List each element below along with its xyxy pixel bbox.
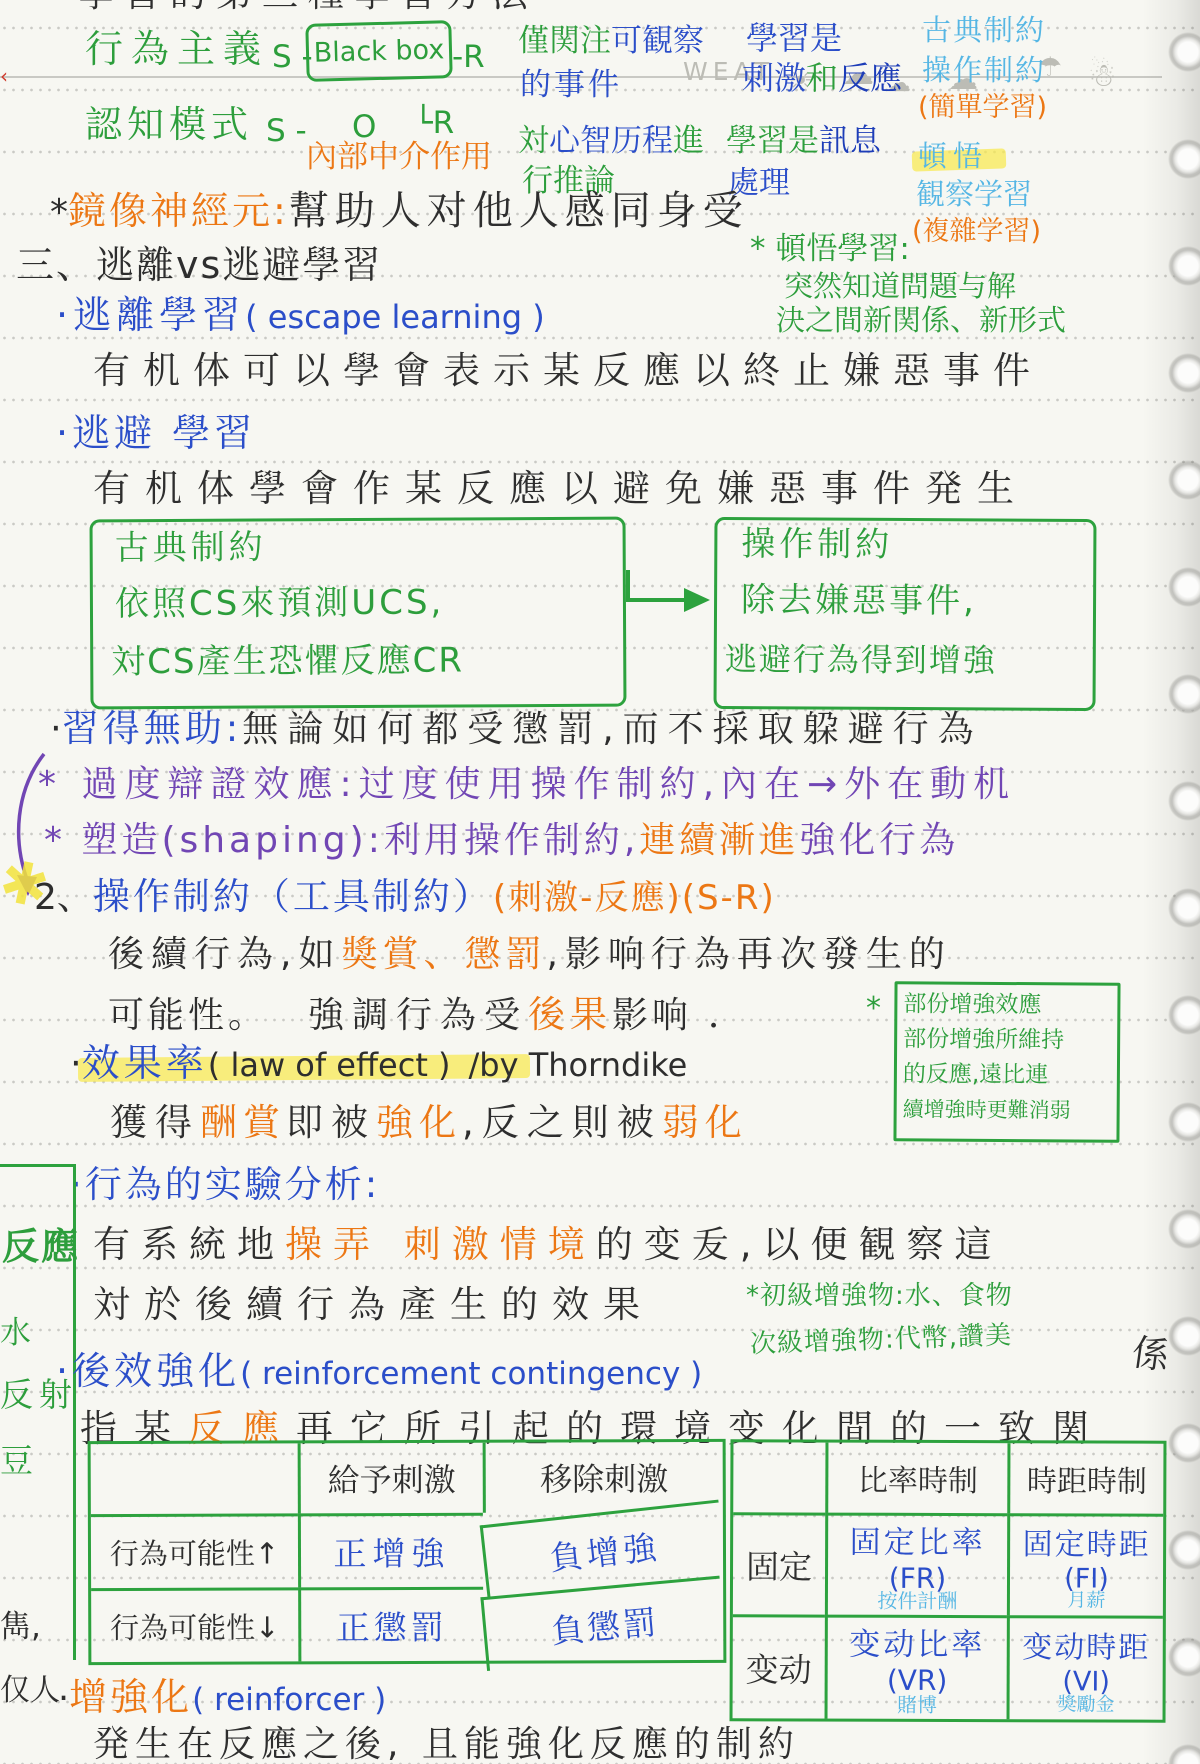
part: 獲得	[110, 1101, 200, 1144]
escape-learning-term: ·逃離學習( escape learning )	[56, 294, 545, 338]
info-processing-note: 學習是訊息	[726, 124, 881, 160]
mirror-neuron-desc: 幫助人对他人感同身受	[289, 188, 749, 234]
mirror-neuron-term: 鏡像神經元:	[68, 189, 289, 233]
insight-note-line: 突然知道問題与解	[784, 270, 1016, 303]
manipulate-term: 操弄 刺激情境	[285, 1223, 596, 1266]
black-box: Black box	[305, 20, 452, 82]
term-en: ( reinforcer )	[192, 1682, 386, 1718]
box-line: 対CS產生恐懼反應CR	[111, 642, 464, 681]
term-en: ( reinforcement contingency )	[240, 1356, 702, 1392]
shaping-line: * 塑造(shaping):利用操作制約,連續漸進強化行為	[44, 820, 959, 861]
margin-insight: 頓悟	[918, 140, 988, 173]
table-cell-empty	[733, 1442, 825, 1512]
def-consequence: 後果	[528, 993, 612, 1036]
classical-conditioning-box: 古典制約 依照CS來預測UCS, 対CS產生恐懼反應CR	[90, 517, 627, 710]
note-part: 進	[673, 123, 704, 159]
behaviorism-note: 僅関注可観察	[518, 24, 704, 60]
learning-is: 學習是	[746, 20, 842, 57]
part: 有系統地	[93, 1223, 285, 1266]
asterisk: *	[866, 992, 881, 1027]
arrow-right-icon	[618, 566, 718, 630]
note-line: 部份增強效應	[903, 987, 1111, 1023]
note-part: 可観察	[611, 23, 704, 59]
shaping-tail: 強化行為	[799, 820, 959, 861]
sr-notation: (刺激-反應)(S-R)	[493, 878, 776, 918]
schedule-name: 固定比率	[850, 1517, 986, 1562]
box-line: 古典制約	[115, 529, 267, 567]
table-cell-empty	[91, 1443, 298, 1514]
schedule-name: 变动比率	[849, 1619, 985, 1664]
note-line: 部份增強所維持	[903, 1022, 1111, 1058]
partial-reinforcement-note: 部份增強效應 部份增強所維持 的反應,遠比連 續增強時更難消弱	[893, 981, 1120, 1143]
clipped-top-line: 學習的第三種學習方法	[78, 0, 538, 15]
table-cell: 正懲罰	[298, 1587, 483, 1662]
reinforcer-definition: 発生在反應之後, 且能強化反應的制約	[93, 1724, 800, 1764]
note-part: 心智历程	[549, 123, 673, 159]
table-cell: 变动比率 (VR) 賭博	[825, 1615, 1007, 1720]
insight-note-line: 決之間新関係、新形式	[776, 304, 1066, 337]
r-label: -R	[452, 40, 485, 76]
black-box-label: Black box	[313, 34, 444, 68]
table-row-label: 固定	[733, 1512, 825, 1614]
section-heading: 三、逃離vs逃避學習	[16, 244, 382, 288]
notebook-page: { "colors":{"green":"#2d9e3c","blue":"#2…	[0, 0, 1200, 1764]
def-part: ,影响行為再次發生的	[546, 934, 951, 975]
note-part: 刺激	[742, 59, 806, 97]
insight-note-title: * 頓悟學習:	[750, 232, 910, 268]
mirror-neuron-line: *鏡像神經元:幫助人对他人感同身受	[50, 188, 749, 234]
table-cell: 固定時距 (FI) 月薪	[1007, 1513, 1163, 1616]
box-line: 逃避行為得到增強	[725, 642, 997, 679]
schedule-name: 固定時距	[1023, 1519, 1151, 1563]
part: 即被	[286, 1101, 376, 1144]
bullet: ·	[58, 1679, 69, 1719]
law-term-en: ( law of effect )	[208, 1046, 451, 1084]
table-cell: 固定比率 (FR) 按件計酬	[825, 1513, 1007, 1616]
margin-note: 豆	[0, 1442, 33, 1480]
asterisk: *	[50, 192, 68, 233]
margin-operant: 操作制約	[922, 54, 1046, 87]
behaviorism-label: 行為主義	[85, 28, 269, 72]
term-en: ( escape learning )	[245, 298, 545, 336]
avoidance-definition: 有机体學會作某反應以避免嫌惡事件発生	[93, 468, 1029, 511]
term-zh: 增強化	[69, 1675, 192, 1719]
cognitive-note: 対心智历程進	[518, 124, 704, 160]
operant-definition-1: 後續行為,如獎賞、懲罰,影响行為再次發生的	[108, 934, 952, 975]
behaviorism-note-2: 的事件	[520, 68, 622, 104]
primary-reinforcer-note: *初級增強物:水、食物	[746, 1282, 1013, 1312]
reward-line: 獲得酬賞即被強化,反之則被弱化	[110, 1102, 748, 1145]
law-author: /by Thorndike	[469, 1046, 688, 1084]
stimulus-response-note: 刺激和反應	[742, 60, 902, 97]
def-part: 影响	[612, 995, 692, 1036]
snowman-icon: ☃	[1088, 56, 1117, 94]
table-row-label: 行為可能性↑	[91, 1513, 298, 1588]
reward-term: 酬賞	[200, 1101, 286, 1144]
schedule-name: 变动時距	[1022, 1622, 1150, 1666]
margin-simple-learning: (簡單学習)	[918, 92, 1047, 123]
table-row-label: 行為可能性↓	[91, 1587, 298, 1662]
note-line: 的反應,遠比連	[903, 1057, 1111, 1093]
avoidance-learning-term: ·逃避 學習	[56, 412, 256, 456]
escape-definition: 有机体可以學會表示某反應以終止嫌惡事件	[93, 350, 1043, 393]
overjustification-line: * 過度辯證效應:过度使用操作制約,內在→外在動机	[38, 764, 1016, 805]
analysis-heading: ·行為的实驗分析:	[70, 1164, 380, 1207]
schedule-example: 月薪	[1067, 1585, 1105, 1612]
note-line: 續增強時更難消弱	[903, 1092, 1111, 1127]
weaken-term: 弱化	[662, 1101, 748, 1144]
law-term: 效果率	[82, 1041, 208, 1085]
margin-note: 仅人	[0, 1674, 60, 1709]
margin-complex-learning: (複雜学習)	[912, 216, 1041, 247]
analysis-line-2: 対於後續行為產生的效果	[93, 1284, 654, 1327]
note-part: 和	[806, 59, 838, 97]
box-line: 操作制約	[741, 526, 893, 564]
def-part: 後續行為,如	[108, 934, 341, 975]
operant-definition-2: 可能性。強調行為受後果影响．	[108, 994, 744, 1037]
table-header: 時距時制	[1007, 1443, 1163, 1514]
def-part: ．	[708, 995, 744, 1036]
schedule-example: 獎勵金	[1058, 1689, 1115, 1716]
note-part: 學習是	[726, 123, 819, 159]
operant-term: 操作制約（工具制約）	[93, 875, 493, 918]
margin-note: 雋,	[0, 1610, 41, 1646]
table-row-label: 变动	[733, 1614, 825, 1718]
operant-heading: 2、操作制約（工具制約）(刺激-反應)(S-R)	[34, 876, 776, 919]
def-part: 可能性。	[108, 995, 268, 1036]
table-header: 給予刺激	[298, 1443, 483, 1514]
table-header: 比率時制	[825, 1443, 1007, 1514]
def-part: 強調行為受	[308, 995, 528, 1036]
margin-note: 反射	[0, 1376, 78, 1414]
contingency-heading: ·後效強化( reinforcement contingency )	[56, 1350, 702, 1394]
bullet: ·	[70, 1042, 82, 1085]
part: 的变叐,以便観察這	[596, 1223, 1003, 1266]
margin-note: 反應	[2, 1226, 80, 1269]
strengthen-term: 強化	[376, 1101, 462, 1144]
margin-bracket-horizontal	[0, 1164, 76, 1167]
term-zh: ·後效強化	[56, 1349, 240, 1393]
table-cell: 变动時距 (VI) 獎勵金	[1007, 1615, 1163, 1720]
margin-note: 水	[0, 1316, 31, 1352]
red-tick-mark: ‹	[0, 64, 8, 88]
s-label-2: S -	[266, 114, 307, 150]
box-line: 除去嫌惡事件,	[741, 582, 977, 621]
reinforcer-heading: ·增強化( reinforcer )	[58, 1676, 386, 1720]
schedule-example: 按件計酬	[877, 1585, 957, 1614]
schedule-example: 賭博	[897, 1689, 937, 1718]
bullet: ·	[50, 707, 62, 750]
law-of-effect-line: ·效果率( law of effect )/by Thorndike	[70, 1042, 687, 1086]
term-zh: ·逃離學習	[56, 293, 245, 337]
secondary-reinforcer-note: 次級增強物:代幣,讚美	[750, 1321, 1013, 1360]
helplessness-line: ·習得無助:無論如何都受懲罰,而不採取躱避行為	[50, 708, 983, 751]
operant-conditioning-box: 操作制約 除去嫌惡事件, 逃避行為得到增強	[713, 517, 1096, 711]
margin-observational: 観察学習	[916, 178, 1032, 211]
wrap-character: 係	[1129, 1332, 1172, 1379]
note-part: 対	[518, 123, 549, 159]
item-number: 2、	[34, 877, 93, 918]
analysis-line-1: 有系統地操弄 刺激情境的变叐,以便観察這	[93, 1224, 1003, 1267]
definition: 無論如何都受懲罰,而不採取躱避行為	[242, 709, 982, 750]
box-line: 依照CS來預測UCS,	[115, 585, 445, 624]
mediation-note: 內部中介作用	[306, 140, 492, 176]
table-cell: 正增強	[298, 1513, 483, 1588]
part: ,反之則被	[462, 1101, 662, 1144]
def-reward-punish: 獎賞、懲罰	[341, 934, 546, 975]
shaping-highlighted: 連續漸進	[639, 820, 799, 861]
r-label-2: └R	[414, 106, 454, 142]
note-part: 訊息	[819, 123, 881, 159]
shaping-term: * 塑造(shaping):利用操作制約,	[44, 820, 639, 861]
note-part: 反應	[838, 59, 902, 97]
margin-classical: 古典制約	[922, 14, 1046, 47]
schedule-table: 比率時制 時距時制 固定 固定比率 (FR) 按件計酬 固定時距 (FI) 月薪…	[730, 1439, 1167, 1723]
reinforcement-table: 給予刺激 移除刺激 行為可能性↑ 正增強 負增強 行為可能性↓ 正懲罰 負懲罰	[88, 1439, 727, 1665]
note-part: 僅関注	[518, 23, 611, 59]
cognitive-label: 認知模式	[85, 104, 253, 147]
term-zh: 習得無助:	[62, 707, 242, 750]
